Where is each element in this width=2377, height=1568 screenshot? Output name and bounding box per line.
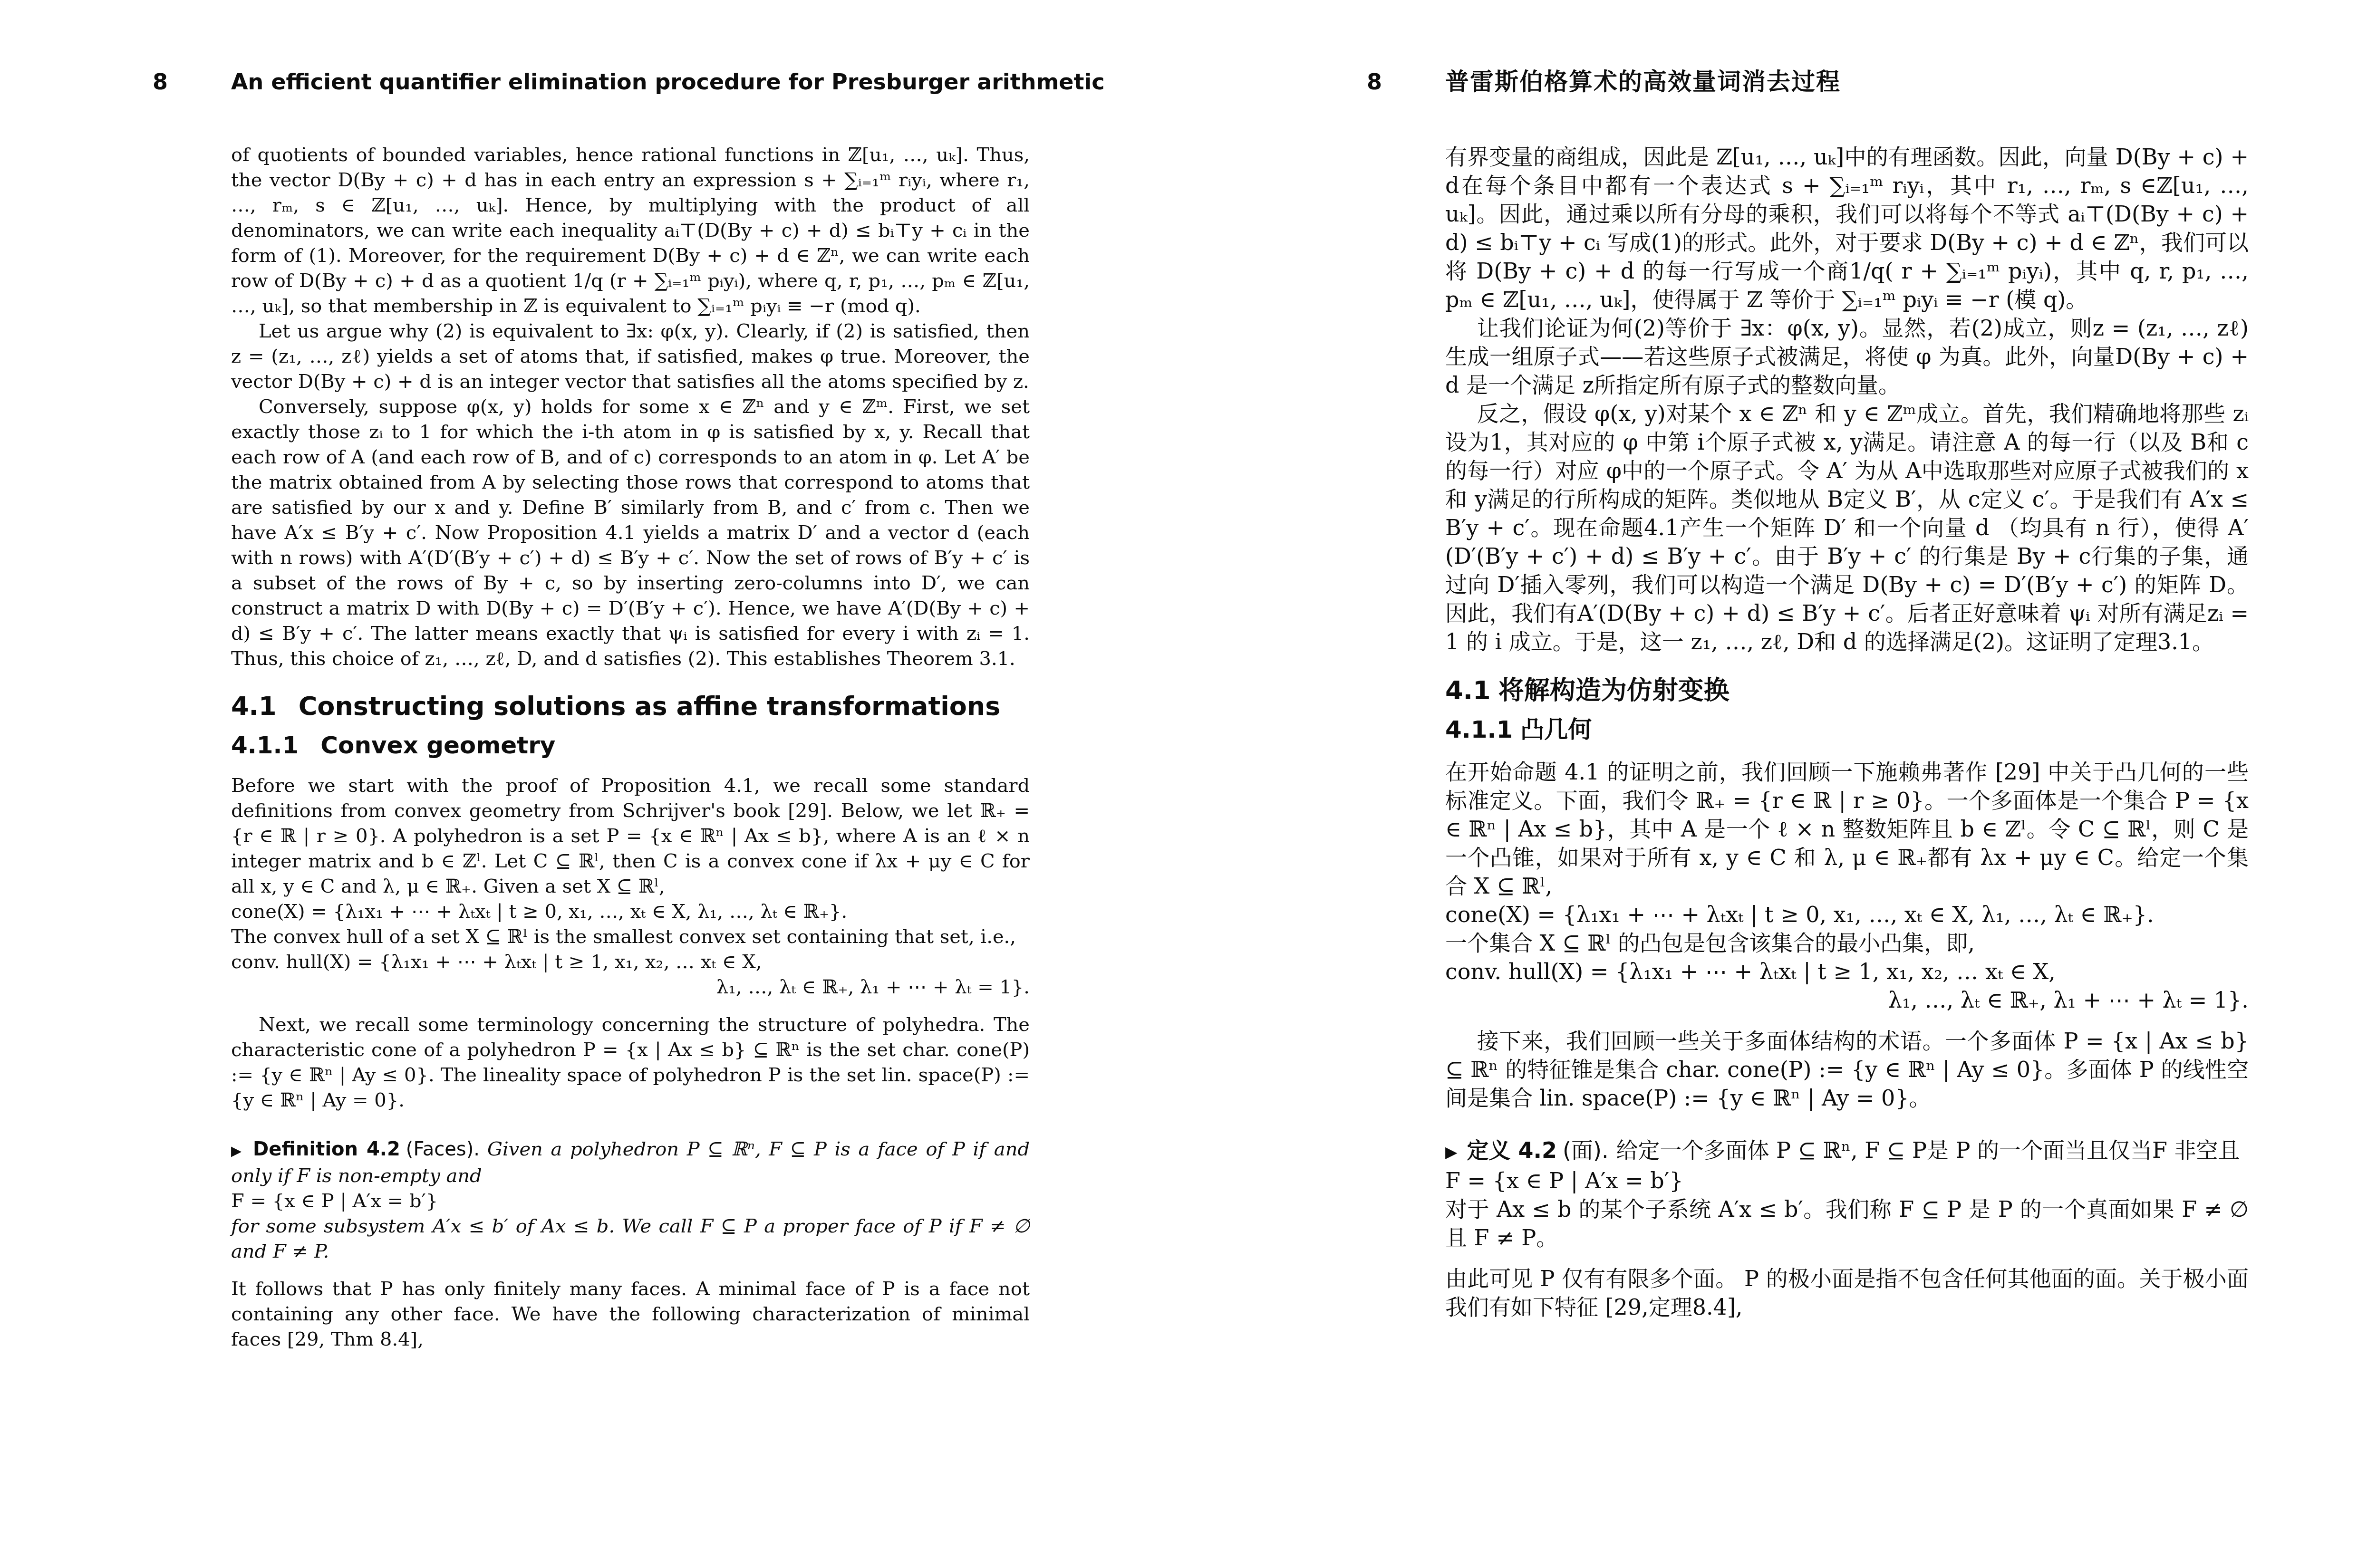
- definition-triangle-icon: ▶: [231, 1143, 243, 1159]
- document-canvas: 8 An efficient quantifier elimination pr…: [0, 0, 2377, 1568]
- section-title: 将解构造为仿射变换: [1498, 675, 1730, 705]
- section-heading: 4.1将解构造为仿射变换: [1445, 676, 2249, 705]
- section-heading: 4.1Constructing solutions as affine tran…: [231, 692, 1030, 721]
- paragraph-minimal-faces: It follows that P has only finitely many…: [231, 1277, 1030, 1352]
- definition-label: Definition 4.2: [253, 1138, 400, 1160]
- display-formula-cone: cone(X) = {λ₁x₁ + ⋯ + λₜxₜ | t ≥ 0, x₁, …: [1445, 900, 2249, 929]
- definition-paren: (Faces).: [406, 1138, 480, 1160]
- paragraph-quotients: of quotients of bounded variables, hence…: [231, 143, 1030, 319]
- subsection-title: Convex geometry: [320, 731, 555, 759]
- paragraph-before-proof: Before we start with the proof of Propos…: [231, 773, 1030, 899]
- display-formula-face: F = {x ∈ P | A′x = b′}: [231, 1189, 1030, 1214]
- paragraph-terminology: 接下来，我们回顾一些关于多面体结构的术语。一个多面体 P = {x | Ax ≤…: [1445, 1027, 2249, 1112]
- section-number: 4.1: [231, 691, 277, 721]
- paragraph-argue: 让我们论证为何(2)等价于 ∃x：φ(x, y)。显然，若(2)成立，则z = …: [1445, 314, 2249, 399]
- running-title: 普雷斯伯格算术的高效量词消去过程: [1445, 69, 1841, 94]
- subsection-heading: 4.1.1凸几何: [1445, 716, 2249, 743]
- paragraph-minimal-faces: 由此可见 P 仅有有限多个面。 P 的极小面是指不包含任何其他面的面。关于极小面…: [1445, 1264, 2249, 1321]
- paragraph-quotients: 有界变量的商组成，因此是 ℤ[u₁, …, uₖ]中的有理函数。因此，向量 D(…: [1445, 143, 2249, 314]
- paragraph-argue: Let us argue why (2) is equivalent to ∃x…: [231, 319, 1030, 394]
- paragraph-subsystem: for some subsystem A′x ≤ b′ of Ax ≤ b. W…: [231, 1214, 1030, 1264]
- page-content: of quotients of bounded variables, hence…: [231, 143, 1030, 1352]
- definition-block: ▶Definition 4.2(Faces).Given a polyhedro…: [231, 1137, 1030, 1189]
- display-formula-cone: cone(X) = {λ₁x₁ + ⋯ + λₜxₜ | t ≥ 0, x₁, …: [231, 899, 1030, 924]
- paragraph-convex-hull: 一个集合 X ⊆ ℝˡ 的凸包是包含该集合的最小凸集，即,: [1445, 929, 2249, 957]
- definition-label: 定义 4.2: [1467, 1137, 1557, 1163]
- page-number: 8: [1367, 69, 1382, 94]
- display-formula-convhull-line1: conv. hull(X) = {λ₁x₁ + ⋯ + λₜxₜ | t ≥ 1…: [231, 950, 1030, 975]
- section-title: Constructing solutions as affine transfo…: [299, 691, 1001, 721]
- paragraph-conversely: 反之，假设 φ(x, y)对某个 x ∈ ℤⁿ 和 y ∈ ℤᵐ成立。首先，我们…: [1445, 399, 2249, 656]
- definition-block: ▶定义 4.2(面).给定一个多面体 P ⊆ ℝⁿ, F ⊆ P是 P 的一个面…: [1445, 1136, 2249, 1166]
- definition-triangle-icon: ▶: [1445, 1143, 1457, 1161]
- subsection-heading: 4.1.1Convex geometry: [231, 731, 1030, 759]
- display-formula-convhull-line1: conv. hull(X) = {λ₁x₁ + ⋯ + λₜxₜ | t ≥ 1…: [1445, 957, 2249, 986]
- subsection-number: 4.1.1: [1445, 716, 1513, 743]
- page-left: 8 An efficient quantifier elimination pr…: [231, 0, 1030, 1568]
- section-number: 4.1: [1445, 675, 1491, 705]
- paragraph-convex-hull: The convex hull of a set X ⊆ ℝˡ is the s…: [231, 924, 1030, 950]
- display-formula-convhull-line2: λ₁, …, λₜ ∈ ℝ₊, λ₁ + ⋯ + λₜ = 1}.: [231, 975, 1030, 1000]
- page-header: 8 普雷斯伯格算术的高效量词消去过程: [1445, 69, 2249, 95]
- definition-paren: (面).: [1563, 1137, 1609, 1163]
- page-content: 有界变量的商组成，因此是 ℤ[u₁, …, uₖ]中的有理函数。因此，向量 D(…: [1445, 143, 2249, 1321]
- display-formula-convhull-line2: λ₁, …, λₜ ∈ ℝ₊, λ₁ + ⋯ + λₜ = 1}.: [1445, 986, 2249, 1014]
- subsection-title: 凸几何: [1520, 716, 1592, 743]
- display-formula-face: F = {x ∈ P | A′x = b′}: [1445, 1166, 2249, 1195]
- paragraph-conversely: Conversely, suppose φ(x, y) holds for so…: [231, 394, 1030, 672]
- page-header: 8 An efficient quantifier elimination pr…: [231, 69, 1030, 94]
- paragraph-subsystem: 对于 Ax ≤ b 的某个子系统 A′x ≤ b′。我们称 F ⊆ P 是 P …: [1445, 1195, 2249, 1252]
- subsection-number: 4.1.1: [231, 731, 299, 759]
- paragraph-terminology: Next, we recall some terminology concern…: [231, 1012, 1030, 1113]
- paragraph-before-proof: 在开始命题 4.1 的证明之前，我们回顾一下施赖弗著作 [29] 中关于凸几何的…: [1445, 758, 2249, 900]
- page-number: 8: [153, 69, 168, 94]
- definition-body: 给定一个多面体 P ⊆ ℝⁿ, F ⊆ P是 P 的一个面当且仅当F 非空且: [1616, 1137, 2240, 1163]
- page-middle: 8 普雷斯伯格算术的高效量词消去过程 有界变量的商组成，因此是 ℤ[u₁, …,…: [1445, 0, 2249, 1568]
- running-title: An efficient quantifier elimination proc…: [231, 69, 1105, 94]
